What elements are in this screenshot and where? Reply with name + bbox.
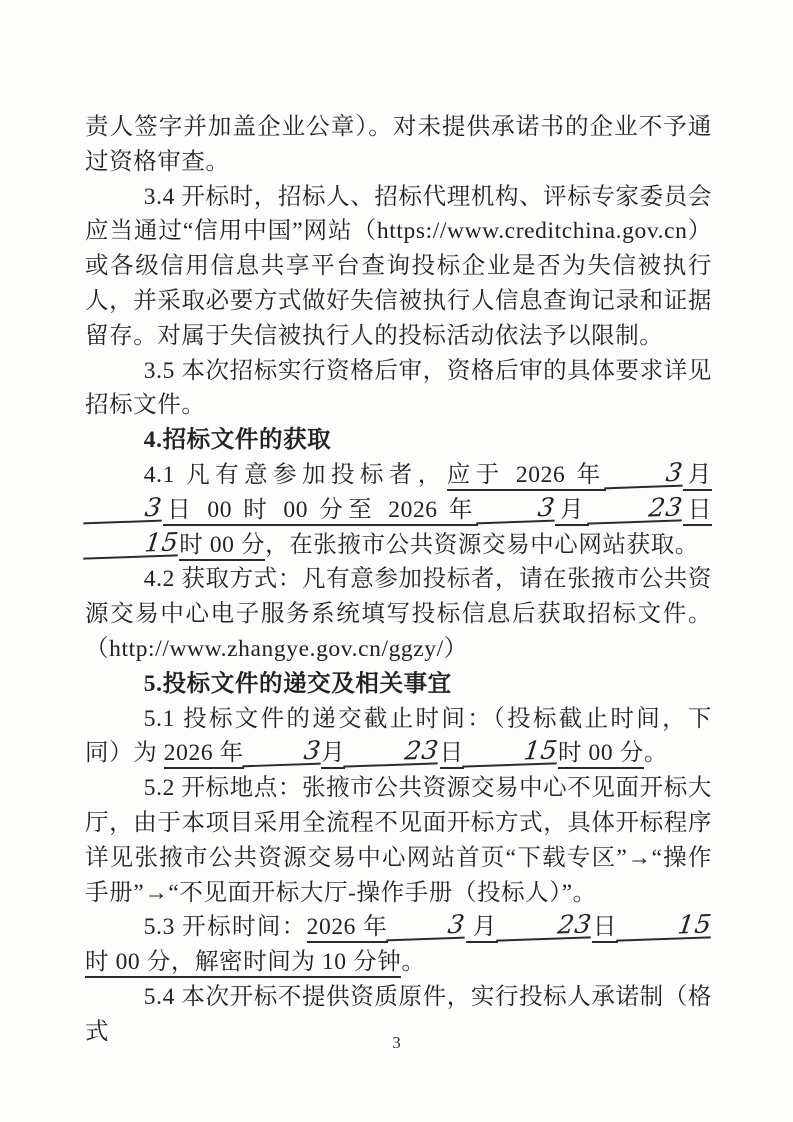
underlined-obtain-month-char: 月 bbox=[683, 462, 712, 491]
page-number: 3 bbox=[0, 1033, 793, 1053]
clause-5-3: 5.3 开标时间：2026 年3 月23日15时 00 分，解密时间为 10 分… bbox=[85, 910, 712, 980]
underlined-obtain-start: 应于 2026 年 bbox=[447, 462, 606, 491]
handwritten-start-month: 3 bbox=[604, 460, 685, 490]
handwritten-deadline-day: 23 bbox=[343, 738, 441, 769]
handwritten-opening-hour: 15 bbox=[616, 912, 714, 943]
clause-4-2: 4.2 获取方式：凡有意参加投标者，请在张掖市公共资源交易中心电子服务系统填写投… bbox=[85, 562, 712, 666]
clause-3-5: 3.5 本次招标实行资格后审，资格后审的具体要求详见招标文件。 bbox=[85, 354, 712, 424]
underlined-deadline-day-char: 日 bbox=[440, 740, 464, 769]
clause-5-3-lead: 5.3 开标时间： bbox=[144, 914, 307, 940]
section-heading-4: 4.招标文件的获取 bbox=[85, 423, 712, 458]
underlined-obtain-month-char-2: 月 bbox=[555, 497, 589, 526]
underlined-opening-year: 2026 年 bbox=[307, 914, 389, 943]
page-content: 责人签字并加盖企业公章）。对未提供承诺书的企业不予通过资格审查。 3.4 开标时… bbox=[85, 110, 712, 1050]
underlined-opening-day-char: 日 bbox=[592, 914, 618, 943]
clause-5-1: 5.1 投标文件的递交截止时间：（投标截止时间，下同）为 2026 年3月23日… bbox=[85, 702, 712, 772]
section-heading-5: 5.投标文件的递交及相关事宜 bbox=[85, 667, 712, 702]
handwritten-opening-day: 23 bbox=[496, 912, 594, 943]
underlined-obtain-end: 时 00 分 bbox=[179, 532, 265, 561]
clause-3-4: 3.4 开标时，招标人、招标代理机构、评标专家委员会应当通过“信用中国”网站（h… bbox=[85, 180, 712, 354]
handwritten-end-hour: 15 bbox=[83, 529, 181, 560]
paragraph-continuation: 责人签字并加盖企业公章）。对未提供承诺书的企业不予通过资格审查。 bbox=[85, 110, 712, 180]
underlined-deadline-end: 时 00 分 bbox=[558, 740, 644, 769]
document-page: 责人签字并加盖企业公章）。对未提供承诺书的企业不予通过资格审查。 3.4 开标时… bbox=[0, 0, 793, 1122]
handwritten-end-month: 3 bbox=[476, 494, 557, 524]
clause-4-1: 4.1 凡有意参加投标者，应于 2026 年3月3日 00 时 00 分至 20… bbox=[85, 458, 712, 562]
handwritten-start-day: 3 bbox=[83, 494, 164, 524]
clause-4-1-lead: 4.1 凡有意参加投标者， bbox=[144, 462, 447, 488]
clause-4-1-tail: ，在张掖市公共资源交易中心网站获取。 bbox=[265, 532, 699, 558]
handwritten-deadline-hour: 15 bbox=[462, 738, 560, 769]
underlined-obtain-day-char: 日 bbox=[683, 497, 712, 526]
underlined-obtain-middle: 日 00 时 00 分至 2026 年 bbox=[163, 497, 478, 526]
clause-5-1-tail: 。 bbox=[644, 740, 668, 766]
underlined-opening-month-char: 月 bbox=[466, 914, 498, 943]
handwritten-end-day: 23 bbox=[587, 494, 685, 525]
underlined-deadline-year: 2026 年 bbox=[164, 740, 244, 769]
underlined-opening-end: 时 00 分，解密时间为 10 分钟 bbox=[85, 949, 401, 978]
clause-5-2: 5.2 开标地点：张掖市公共资源交易中心不见面开标大厅，由于本项目采用全流程不见… bbox=[85, 771, 712, 910]
handwritten-opening-month: 3 bbox=[386, 912, 467, 942]
clause-5-3-tail: 。 bbox=[401, 949, 425, 975]
handwritten-deadline-month: 3 bbox=[242, 738, 323, 768]
underlined-deadline-month-char: 月 bbox=[321, 740, 345, 769]
